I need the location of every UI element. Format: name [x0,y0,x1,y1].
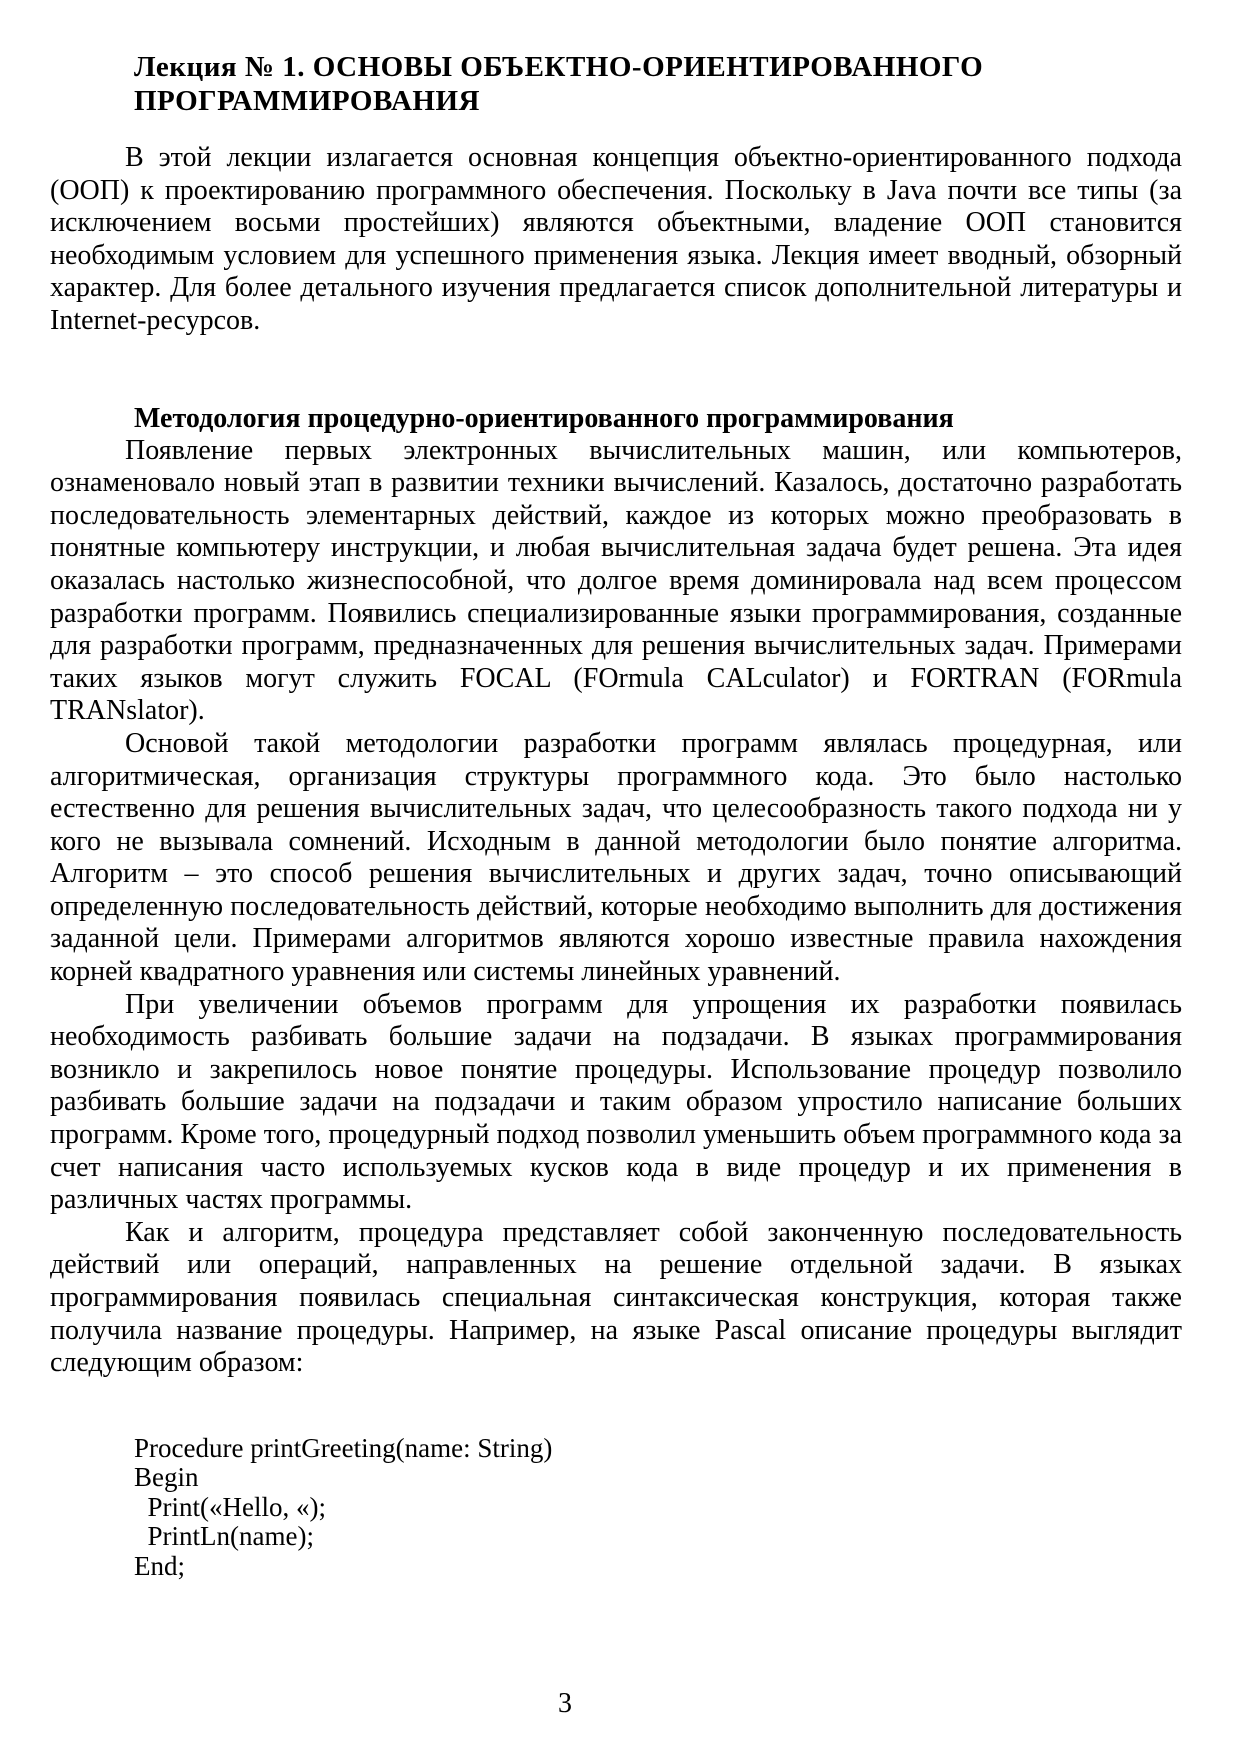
page-title: Лекция № 1. ОСНОВЫ ОБЪЕКТНО-ОРИЕНТИРОВАН… [134,50,1182,118]
code-line-println: PrintLn(name); [134,1522,1182,1552]
section-paragraph-2: Основой такой методологии разработки про… [50,728,1182,989]
code-line-begin: Begin [134,1463,1182,1493]
pascal-code-block: Procedure printGreeting(name: String) Be… [134,1434,1182,1582]
code-line-procedure: Procedure printGreeting(name: String) [134,1434,1182,1464]
section-paragraph-3: При увеличении объемов программ для упро… [50,989,1182,1217]
page-title-line1: Лекция № 1. ОСНОВЫ ОБЪЕКТНО-ОРИЕНТИРОВАН… [134,50,1182,84]
page-title-line2: ПРОГРАММИРОВАНИЯ [134,84,1182,118]
section-paragraph-1: Появление первых электронных вычислитель… [50,435,1182,728]
page-number: 3 [0,1688,1130,1720]
code-line-end: End; [134,1552,1182,1582]
section-paragraph-4: Как и алгоритм, процедура представляет с… [50,1217,1182,1380]
intro-paragraph: В этой лекции излагается основная концеп… [50,142,1182,338]
section-heading: Методология процедурно-ориентированного … [134,402,1182,435]
document-page: Лекция № 1. ОСНОВЫ ОБЪЕКТНО-ОРИЕНТИРОВАН… [0,0,1241,1755]
code-line-print: Print(«Hello, «); [134,1493,1182,1523]
